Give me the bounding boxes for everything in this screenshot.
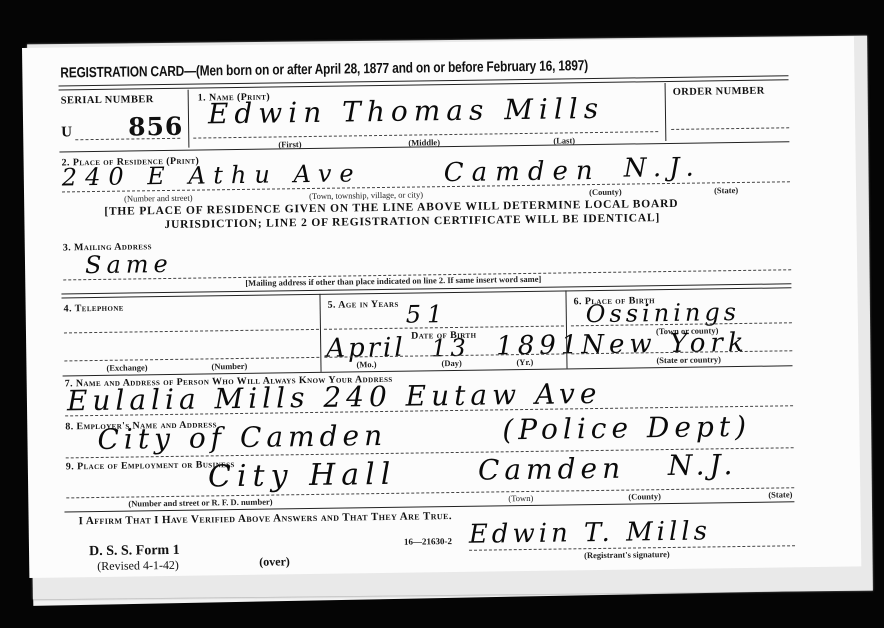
employment-street-label: (Number and street or R. F. D. number) xyxy=(128,497,272,509)
employment-town-value: Camden xyxy=(478,452,626,487)
telephone-line-1 xyxy=(64,329,319,334)
order-divider xyxy=(665,83,667,141)
residence-county-label: (County) xyxy=(589,187,622,197)
exchange-label: (Exchange) xyxy=(106,362,147,373)
employment-town-label: (Town) xyxy=(508,493,533,503)
over-note: (over) xyxy=(259,554,290,569)
employment-street-value: City Hall xyxy=(208,457,397,495)
employer-value: City of Camden xyxy=(97,419,387,456)
residence-town-label: (Town, township, village, or city) xyxy=(309,189,423,201)
age-value: 51 xyxy=(406,300,449,329)
dob-year-value: 1891 xyxy=(496,330,583,361)
serial-number-value: 856 xyxy=(128,112,184,142)
mailing-value: Same xyxy=(85,250,173,279)
order-number-label: ORDER NUMBER xyxy=(673,86,765,98)
serial-divider xyxy=(188,90,190,148)
employment-state-value: N.J. xyxy=(668,448,738,482)
employer-extra-value: (Police Dept) xyxy=(502,410,751,446)
affirmation-text: I Affirm That I Have Verified Above Answ… xyxy=(79,510,452,527)
mo-label: (Mo.) xyxy=(356,359,376,369)
residence-state-value: N.J. xyxy=(624,153,702,184)
serial-number-label: SERIAL NUMBER xyxy=(61,94,154,106)
residence-street-value: 240 E Athu Ave xyxy=(62,159,362,191)
employment-state-label: (State) xyxy=(768,489,792,499)
age-label: 5. Age in Years xyxy=(328,299,399,311)
card-title: REGISTRATION CARD—(Men born on or after … xyxy=(60,58,588,81)
serial-prefix: U xyxy=(61,124,72,141)
order-line xyxy=(671,127,789,130)
print-code: 16—21630-2 xyxy=(404,536,452,547)
telephone-line-2 xyxy=(64,357,319,362)
name-value: Edwin Thomas Mills xyxy=(208,92,605,131)
number-label: (Number) xyxy=(211,361,247,372)
registrant-signature: Edwin T. Mills xyxy=(469,516,712,549)
employment-county-label: (County) xyxy=(628,491,661,501)
birthplace-state-label: (State or country) xyxy=(656,354,721,365)
row4-rule xyxy=(63,365,793,376)
yr-label: (Yr.) xyxy=(516,357,533,367)
registration-card: REGISTRATION CARD—(Men born on or after … xyxy=(22,36,861,578)
signature-label: (Registrant's signature) xyxy=(584,549,670,560)
form-revised: (Revised 4-1-42) xyxy=(97,558,179,574)
employment-line xyxy=(66,487,794,498)
residence-street-label: (Number and street) xyxy=(124,193,193,204)
day-label: (Day) xyxy=(441,358,461,368)
tel-age-divider xyxy=(319,294,321,372)
residence-state-label: (State) xyxy=(714,185,738,195)
telephone-label: 4. Telephone xyxy=(64,303,124,315)
